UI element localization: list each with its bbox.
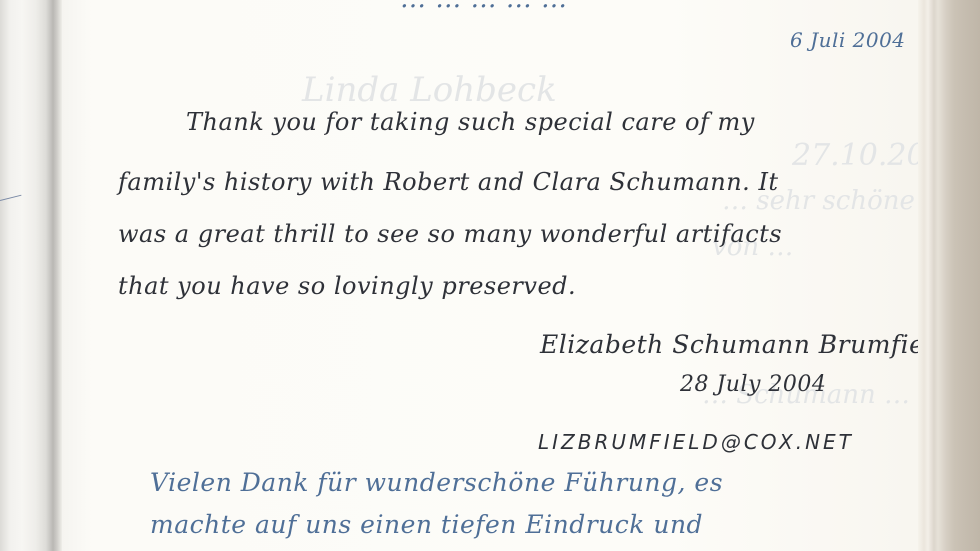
scanned-guestbook-page: Linda Lohbeck 27.10.2004 … sehr schöne …… <box>0 0 980 551</box>
book-binding-left <box>0 0 62 551</box>
book-page-stack-right <box>918 0 980 551</box>
german-entry-line: Vielen Dank für wunderschöne Führung, es <box>150 468 723 497</box>
email-address: LIZBRUMFIELD@COX.NET <box>538 430 854 454</box>
entry-line: that you have so lovingly preserved. <box>118 272 576 300</box>
previous-entry-date: 6 Juli 2004 <box>790 28 906 52</box>
signature: Elizabeth Schumann Brumfield <box>540 330 949 359</box>
guestbook-page: Linda Lohbeck 27.10.2004 … sehr schöne …… <box>62 0 918 551</box>
bleed-through-text: Linda Lohbeck <box>302 70 557 110</box>
previous-entry-fragment: … … … … … <box>400 0 568 14</box>
german-entry-line: machte auf uns einen tiefen Eindruck und <box>150 510 703 539</box>
entry-line: was a great thrill to see so many wonder… <box>118 220 782 248</box>
entry-line: family's history with Robert and Clara S… <box>118 168 779 196</box>
entry-line: Thank you for taking such special care o… <box>186 108 755 136</box>
entry-date: 28 July 2004 <box>680 372 826 397</box>
